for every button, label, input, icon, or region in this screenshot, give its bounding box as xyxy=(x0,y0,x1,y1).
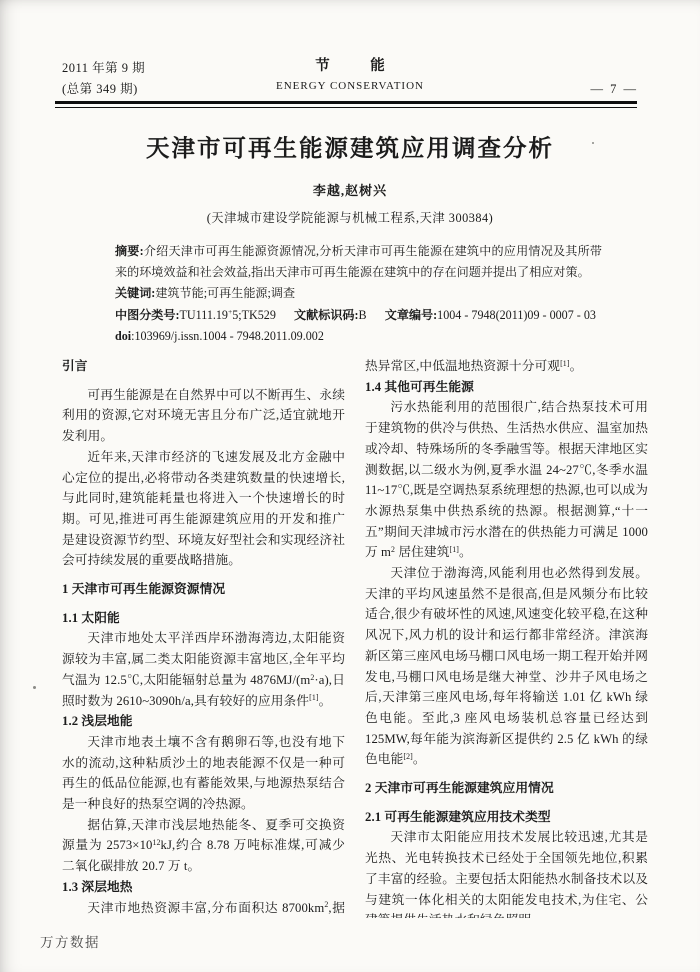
section-heading: 2.1 可再生能源建筑应用技术类型 xyxy=(365,807,648,828)
article-meta-block: 摘要:介绍天津市可再生能源资源情况,分析天津市可再生能源在建筑中的应用情况及其所… xyxy=(115,241,602,347)
paragraph: 据估算,天津市浅层地热能冬、夏季可交换资源量为 2573×1012kJ,约合 8… xyxy=(62,815,345,877)
journal-page-scan: 2011 年第 9 期 (总第 349 期) 节 能 ENERGY CONSER… xyxy=(0,0,700,972)
abstract-text: 介绍天津市可再生能源资源情况,分析天津市可再生能源在建筑中的应用情况及其所带来的… xyxy=(115,244,602,279)
section-heading: 1.1 太阳能 xyxy=(62,608,345,629)
rule-thin-line xyxy=(55,107,637,109)
doi-line: doi:103969/j.issn.1004 - 7948.2011.09.00… xyxy=(115,326,602,347)
paragraph: 污水热能利用的范围很广,结合热泵技术可用于建筑物的供冷与供热、生活热水供应、温室… xyxy=(365,397,648,563)
classification-line: 中图分类号:TU111.19+5;TK529文献标识码:B文章编号:1004 -… xyxy=(115,305,602,326)
keywords-label: 关键词: xyxy=(115,286,155,300)
keywords-line: 关键词:建筑节能;可再生能源;调查 xyxy=(115,283,602,304)
scan-speck xyxy=(33,686,36,689)
scan-speck xyxy=(592,142,594,144)
abstract-line: 摘要:介绍天津市可再生能源资源情况,分析天津市可再生能源在建筑中的应用情况及其所… xyxy=(115,241,602,283)
header-double-rule xyxy=(55,101,637,108)
left-column: 引言可再生能源是在自然界中可以不断再生、永续利用的资源,它对环境无害且分布广泛,… xyxy=(62,356,345,918)
paragraph: 可再生能源是在自然界中可以不断再生、永续利用的资源,它对环境无害且分布广泛,适宜… xyxy=(62,385,345,447)
scan-speck xyxy=(469,216,471,218)
paragraph: 天津市太阳能应用技术发展比较迅速,尤其是光热、光电转换技术已经处于全国领先地位,… xyxy=(365,827,648,918)
section-heading: 引言 xyxy=(62,356,345,377)
doc-code-value: B xyxy=(359,308,367,322)
section-heading: 1.2 浅层地能 xyxy=(62,711,345,732)
page-number: — 7 — xyxy=(591,82,639,97)
journal-title-cn: 节 能 xyxy=(62,56,638,76)
section-heading: 1.3 深层地热 xyxy=(62,877,345,898)
page-header: 2011 年第 9 期 (总第 349 期) 节 能 ENERGY CONSER… xyxy=(62,56,638,100)
section-heading: 2 天津市可再生能源建筑应用情况 xyxy=(365,778,648,799)
paragraph: 近年来,天津市经济的飞速发展及北方金融中心定位的提出,必将带动各类建筑数量的快速… xyxy=(62,447,345,571)
section-heading: 1 天津市可再生能源资源情况 xyxy=(62,579,345,600)
paragraph: 天津市地处太平洋西岸环渤海湾边,太阳能资源较为丰富,属二类太阳能资源丰富地区,全… xyxy=(62,628,345,711)
clc-label: 中图分类号: xyxy=(115,308,180,322)
wanfang-watermark: 万方数据 xyxy=(40,931,100,951)
clc-value: TU111.19+5;TK529 xyxy=(180,308,276,322)
journal-masthead: 节 能 ENERGY CONSERVATION xyxy=(62,56,638,96)
paragraph: 热异常区,中低温地热资源十分可观[1]。 xyxy=(365,356,648,377)
abstract-label: 摘要: xyxy=(115,244,144,258)
paragraph: 天津位于渤海湾,风能利用也必然得到发展。天津的平均风速虽然不是很高,但是风频分布… xyxy=(365,563,648,770)
article-no-label: 文章编号: xyxy=(385,308,437,322)
doi-label: doi xyxy=(115,329,131,343)
keywords-text: 建筑节能;可再生能源;调查 xyxy=(155,286,295,300)
article-no-value: 1004 - 7948(2011)09 - 0007 - 03 xyxy=(437,308,596,322)
right-column: 热异常区,中低温地热资源十分可观[1]。1.4 其他可再生能源污水热能利用的范围… xyxy=(365,356,648,918)
paragraph: 天津市地热资源丰富,分布面积达 8700km2,据估算可开采储量达 85.41×… xyxy=(62,898,345,918)
doi-value: :103969/j.issn.1004 - 7948.2011.09.002 xyxy=(131,329,324,343)
article-authors: 李越,赵树兴 xyxy=(0,180,700,199)
doc-code-label: 文献标识码: xyxy=(294,308,359,322)
journal-title-en: ENERGY CONSERVATION xyxy=(62,76,638,96)
article-affiliation: (天津城市建设学院能源与机械工程系,天津 300384) xyxy=(0,208,700,226)
article-title: 天津市可再生能源建筑应用调查分析 xyxy=(0,129,700,163)
article-body: 引言可再生能源是在自然界中可以不断再生、永续利用的资源,它对环境无害且分布广泛,… xyxy=(62,356,648,918)
paragraph: 天津市地表土壤不含有鹅卵石等,也没有地下水的流动,这种粘质沙土的地表能源不仅是一… xyxy=(62,732,345,815)
section-heading: 1.4 其他可再生能源 xyxy=(365,377,648,398)
rule-thick-line xyxy=(55,101,637,104)
